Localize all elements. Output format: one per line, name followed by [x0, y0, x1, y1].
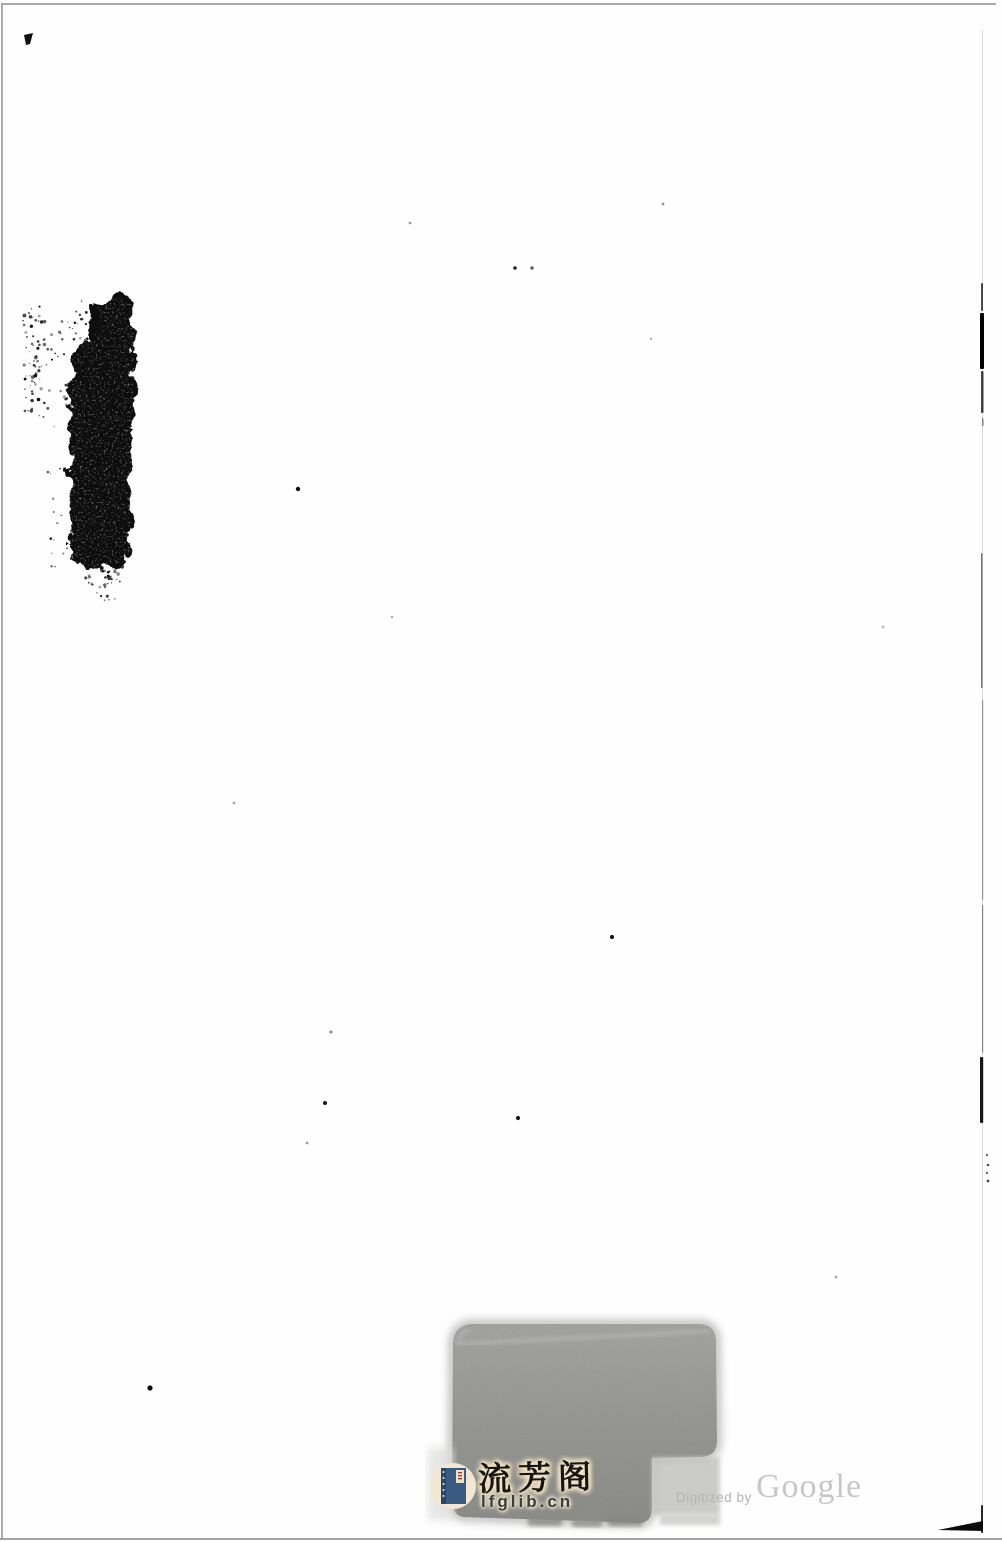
ink-spray-dot [29, 363, 30, 364]
scan-noise-speck [835, 1276, 838, 1279]
ink-spray-dot [29, 351, 30, 352]
ink-spray-dot [107, 583, 108, 584]
ink-spray-dot [74, 322, 77, 325]
ink-spray-dot [54, 566, 56, 568]
scan-noise-speck [530, 266, 533, 269]
scan-noise-speck [306, 1142, 309, 1145]
ink-spray-dot [37, 340, 40, 343]
ink-spray-dot [75, 311, 77, 313]
ink-spray-dot [38, 320, 39, 321]
ink-spray-dot [103, 570, 106, 573]
ink-spray-dot [84, 576, 87, 579]
ink-spray-dot [114, 598, 116, 600]
ink-spray-dot [32, 335, 34, 337]
ink-spray-dot [42, 416, 44, 418]
ink-spray-dot [31, 380, 34, 383]
ink-spray-dot [51, 359, 53, 361]
ink-spray-dot [30, 400, 31, 401]
ink-spray-dot [37, 369, 40, 372]
ink-spray-dot [41, 366, 42, 367]
ink-spray-dot [59, 390, 62, 393]
ink-spray-dot [80, 318, 83, 321]
ink-spray-dot [26, 336, 28, 338]
ink-spray-dot [27, 410, 28, 411]
ink-spray-dot [50, 333, 53, 336]
ink-spray-dot [30, 325, 33, 328]
scan-noise-speck [409, 222, 412, 225]
ink-spray-dot [53, 539, 55, 541]
ink-spray-dot [116, 572, 120, 576]
ink-spray-dot [38, 305, 40, 307]
page-edge-mark [980, 313, 984, 369]
ink-spray-dot [104, 576, 107, 579]
ink-spray-dot [24, 388, 25, 389]
ink-spray-dot [46, 407, 49, 410]
ink-spray-dot [32, 316, 34, 318]
bottom-right-wedge-mark [938, 1521, 983, 1531]
ink-spray-dot [25, 347, 26, 348]
page-edge-mark [982, 700, 983, 900]
ink-spray-dot [34, 319, 37, 322]
ink-spray-dot [28, 312, 30, 314]
ink-smudge [60, 288, 144, 578]
ink-spray-dot [85, 323, 87, 325]
ink-spray-dot [34, 383, 37, 386]
ink-spray-dot [32, 365, 33, 366]
google-logo-text: Google [756, 1468, 862, 1506]
ink-spray-dot [77, 323, 78, 324]
ink-spray-dot [31, 308, 32, 309]
ink-spray-dot [63, 467, 66, 470]
ink-spray-dot [29, 315, 32, 318]
scan-noise-speck [986, 1154, 988, 1156]
ink-spray-dot [108, 599, 110, 601]
ink-spray-dot [37, 398, 41, 402]
ink-spray-dot [40, 387, 43, 390]
ink-spray-dot [66, 397, 68, 399]
ink-spray-dot [67, 321, 68, 322]
ink-spray-dot [35, 366, 37, 368]
ink-spray-dot [88, 582, 90, 584]
ink-spray-dot [39, 379, 40, 380]
ink-spray-dot [65, 384, 68, 387]
ink-spray-dot [120, 565, 124, 569]
ink-spray-dot [31, 408, 34, 411]
scan-noise-speck [323, 1101, 327, 1105]
ink-spray-dot [75, 333, 77, 335]
ink-spray-dot [109, 571, 110, 572]
ink-spray-dot [31, 391, 33, 393]
ink-spray-dot [81, 300, 82, 301]
ink-spray-dot [69, 327, 71, 329]
ink-spray-dot [50, 348, 53, 351]
scan-noise-specks [147, 203, 989, 1391]
ink-spray-dot [33, 360, 34, 361]
ink-spray-dot [29, 375, 31, 377]
ink-spray-dot [34, 382, 35, 383]
ink-spray-dot [23, 324, 26, 327]
page-edge-mark [980, 1057, 983, 1123]
digitized-by-label: Digitized by [676, 1490, 752, 1505]
ink-spray-dot [65, 403, 68, 406]
ink-spray-dot [23, 314, 27, 318]
scan-noise-speck [516, 1116, 520, 1120]
ink-spray-dot [34, 356, 38, 360]
ink-spray-dot [53, 511, 55, 513]
ink-spray-dot [58, 330, 61, 333]
ink-spray-dot [98, 586, 101, 589]
scan-noise-speck [650, 338, 652, 340]
ink-spray-dot [104, 586, 106, 588]
ink-spray-dot [96, 592, 98, 594]
ink-spray-dot [38, 344, 41, 347]
ink-spray-dot [24, 410, 27, 413]
ink-spray-dot [50, 537, 53, 540]
page-edge-mark [982, 905, 983, 1053]
ink-spray-dot [59, 468, 61, 470]
scan-noise-speck [610, 935, 614, 939]
ink-spray-dot [33, 345, 34, 346]
ink-spray-dot [22, 320, 23, 321]
ink-spray-dot [48, 389, 51, 392]
page-edge-mark [981, 553, 983, 688]
ink-spray-dot [100, 595, 102, 597]
scan-noise-speck [391, 616, 393, 618]
ink-fleck-top-left [24, 33, 33, 45]
ink-spray-dot [24, 378, 27, 381]
ink-spray-dot [85, 311, 88, 314]
scan-noise-speck [513, 266, 517, 270]
scan-noise-speck [882, 626, 885, 629]
ink-spray-dot [90, 582, 93, 585]
page-edge-mark [981, 371, 984, 413]
ink-spray-dot [43, 339, 45, 341]
ink-spray-dot [73, 338, 76, 341]
scanned-book-page: 流芳阁 lfglib.cn Digitized by Google [0, 0, 1002, 1543]
scan-noise-speck [296, 487, 300, 491]
ink-spray-dot [24, 331, 27, 334]
ink-spray-dot [33, 364, 35, 366]
ink-spray-dot [79, 314, 81, 316]
ink-spray-dot [47, 471, 50, 474]
ink-spray-dot [51, 553, 52, 554]
scan-noise-speck [662, 203, 665, 206]
ink-spray-dot [61, 338, 63, 340]
ink-spray-dot [36, 347, 39, 350]
page-edge-marks [980, 283, 984, 1533]
ink-spray-dot [43, 402, 45, 404]
ink-spray-dot [56, 522, 58, 524]
ink-spray-dot [40, 320, 43, 323]
ink-spray-dot [53, 426, 54, 427]
ink-spray-dot [43, 343, 47, 347]
ink-spray-dot [116, 579, 118, 581]
scan-noise-speck [233, 802, 236, 805]
ink-spray-dot [106, 595, 109, 598]
ink-spray-dot [63, 395, 66, 398]
ink-spray-dot [107, 571, 110, 574]
ink-spray-dot [23, 364, 26, 367]
ink-spray-dot [60, 515, 61, 516]
ink-spray-dot [61, 320, 64, 323]
ink-spray-dot [88, 576, 91, 579]
ink-spray-dot [46, 364, 48, 366]
scan-noise-speck [987, 1164, 990, 1167]
ink-spray-dot [113, 570, 116, 573]
scan-artifacts-layer [0, 0, 1002, 1543]
ink-spray-dot [36, 360, 39, 363]
ink-spray-dot [25, 397, 27, 399]
page-edge-mark [982, 418, 984, 426]
ink-spray-dot [43, 320, 46, 323]
ink-spray-dot [50, 565, 52, 567]
ink-spray-dot [104, 600, 105, 601]
ink-spray-dot [62, 552, 64, 554]
page-edge-mark [981, 283, 983, 311]
ink-spray-dot [81, 301, 83, 303]
scan-noise-speck [986, 1172, 988, 1174]
ink-spray-dot [35, 372, 38, 375]
ink-spray-dot [31, 343, 34, 346]
ink-spray-dot [46, 348, 49, 351]
ink-spray-dot [25, 375, 26, 376]
ink-spray-dot [110, 576, 112, 578]
ink-spray-dot [72, 328, 73, 329]
ink-spray-dot [111, 582, 112, 583]
ink-spray-dot [119, 581, 121, 583]
scan-noise-speck [147, 1385, 152, 1390]
ink-spray-dot [38, 315, 41, 318]
ink-spray-dot [31, 392, 34, 395]
scan-noise-speck [987, 1180, 990, 1183]
ink-spray-dot [57, 356, 59, 358]
ink-spray-dot [54, 353, 56, 355]
ink-spray-dot [100, 566, 104, 570]
ink-spray-dot [79, 337, 82, 340]
ink-spray-dot [50, 473, 51, 474]
scan-noise-speck [330, 1031, 333, 1034]
lfglib-logo-book-icon [429, 1462, 477, 1510]
ink-spray-dot [52, 497, 55, 500]
ink-spray-dot [38, 366, 40, 368]
ink-spray-dot [30, 385, 31, 386]
ink-spray-dot [38, 415, 40, 417]
watermark-site-url: lfglib.cn [481, 1492, 573, 1512]
ink-spray-dot [63, 353, 65, 355]
